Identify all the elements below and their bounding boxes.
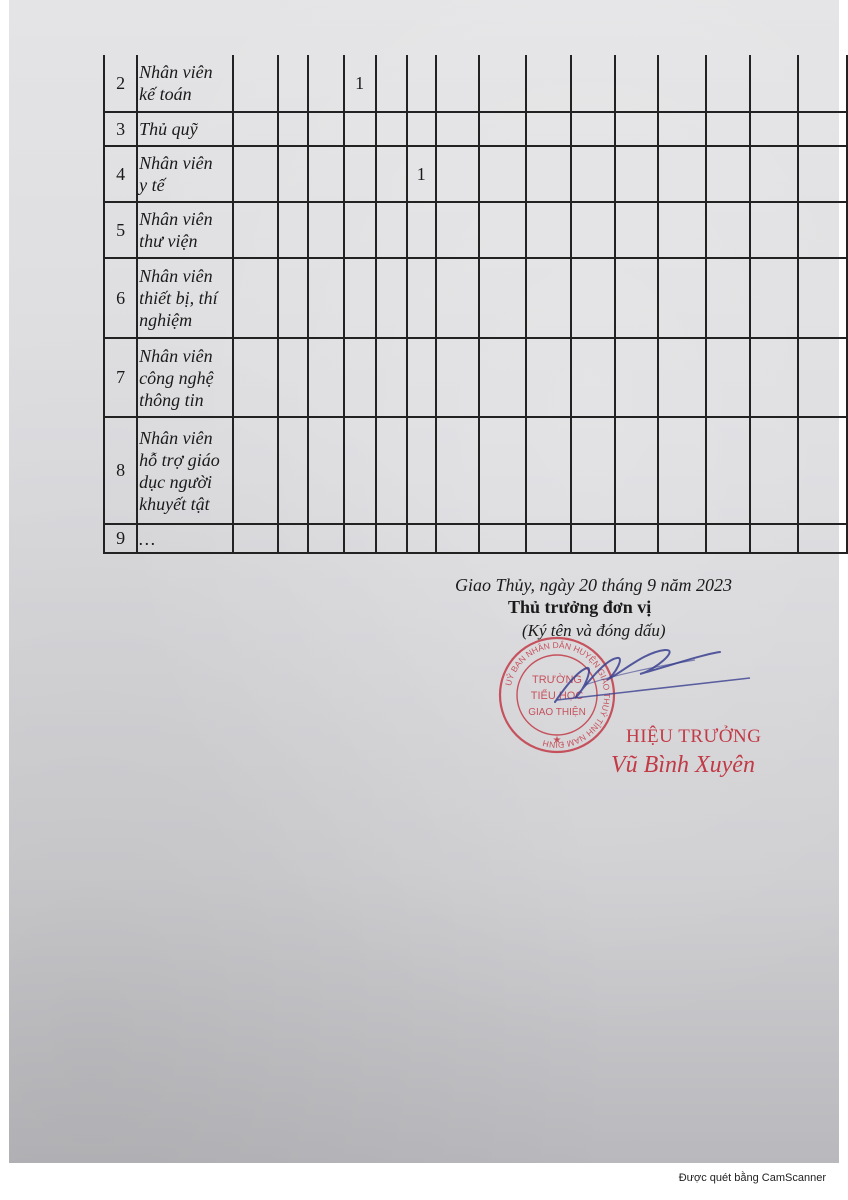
- count-cell: [571, 146, 615, 202]
- count-cell: [407, 202, 436, 258]
- count-cell: [233, 338, 278, 417]
- count-cell: [615, 524, 657, 553]
- signer-position: HIỆU TRƯỞNG: [626, 726, 761, 748]
- count-cell: [479, 524, 525, 553]
- count-cell: [706, 417, 750, 524]
- count-cell: [571, 417, 615, 524]
- count-cell: [479, 417, 525, 524]
- signer-name: Vũ Bình Xuyên: [611, 752, 755, 779]
- count-cell: [278, 55, 308, 112]
- count-cell: [658, 417, 706, 524]
- count-cell: [479, 202, 525, 258]
- count-cell: [750, 524, 797, 553]
- count-cell: [376, 524, 407, 553]
- count-cell: [407, 524, 436, 553]
- count-cell: [376, 112, 407, 146]
- count-cell: [233, 524, 278, 553]
- count-cell: [526, 146, 571, 202]
- staff-role: Nhân viêncông nghệthông tin: [137, 338, 232, 417]
- count-cell: [658, 524, 706, 553]
- count-cell: [376, 417, 407, 524]
- row-number: 6: [104, 258, 137, 338]
- count-cell: [436, 524, 479, 553]
- count-cell: [750, 112, 797, 146]
- count-cell: [344, 258, 376, 338]
- staff-table: 2Nhân viênkế toán13Thủ quỹ4Nhân viêny tế…: [103, 55, 848, 554]
- table-row: 6Nhân viênthiết bị, thínghiệm: [104, 258, 847, 338]
- count-cell: [407, 258, 436, 338]
- count-cell: [407, 112, 436, 146]
- count-cell: [750, 55, 797, 112]
- count-cell: [436, 258, 479, 338]
- count-cell: [278, 146, 308, 202]
- count-cell: [308, 524, 344, 553]
- row-number: 7: [104, 338, 137, 417]
- count-cell: [344, 417, 376, 524]
- count-cell: [344, 202, 376, 258]
- count-cell: [308, 338, 344, 417]
- count-cell: [615, 146, 657, 202]
- count-cell: [571, 258, 615, 338]
- count-cell: [526, 55, 571, 112]
- row-number: 2: [104, 55, 137, 112]
- count-cell: [308, 258, 344, 338]
- count-cell: [798, 524, 847, 553]
- count-cell: [658, 338, 706, 417]
- count-cell: [615, 55, 657, 112]
- count-cell: [278, 338, 308, 417]
- count-cell: [706, 524, 750, 553]
- count-cell: [233, 146, 278, 202]
- count-cell: [479, 146, 525, 202]
- count-cell: [571, 202, 615, 258]
- count-cell: [615, 258, 657, 338]
- count-cell: [479, 112, 525, 146]
- count-cell: [526, 112, 571, 146]
- count-cell: [706, 146, 750, 202]
- count-cell: [750, 202, 797, 258]
- row-number: 9: [104, 524, 137, 553]
- count-cell: [706, 55, 750, 112]
- count-cell: [407, 338, 436, 417]
- count-cell: [407, 417, 436, 524]
- count-cell: [233, 112, 278, 146]
- count-cell: [798, 258, 847, 338]
- count-cell: [571, 338, 615, 417]
- place-date: Giao Thủy, ngày 20 tháng 9 năm 2023: [455, 575, 732, 596]
- count-cell: [436, 338, 479, 417]
- count-cell: [658, 112, 706, 146]
- count-cell: [526, 258, 571, 338]
- count-cell: [278, 258, 308, 338]
- count-cell: [344, 112, 376, 146]
- count-cell: [798, 146, 847, 202]
- count-cell: [479, 258, 525, 338]
- count-cell: [344, 146, 376, 202]
- count-cell: [658, 202, 706, 258]
- count-cell: [436, 55, 479, 112]
- count-cell: [376, 146, 407, 202]
- count-cell: 1: [344, 55, 376, 112]
- count-cell: [798, 417, 847, 524]
- count-cell: [308, 417, 344, 524]
- count-cell: [308, 202, 344, 258]
- count-cell: [658, 146, 706, 202]
- count-cell: [376, 55, 407, 112]
- count-cell: 1: [407, 146, 436, 202]
- count-cell: [308, 55, 344, 112]
- count-cell: [750, 258, 797, 338]
- count-cell: [706, 258, 750, 338]
- count-cell: [436, 417, 479, 524]
- count-cell: [436, 112, 479, 146]
- count-cell: [571, 524, 615, 553]
- count-cell: [658, 258, 706, 338]
- count-cell: [233, 202, 278, 258]
- count-cell: [308, 146, 344, 202]
- count-cell: [308, 112, 344, 146]
- count-cell: [278, 202, 308, 258]
- count-cell: [750, 146, 797, 202]
- table-row: 5Nhân viênthư viện: [104, 202, 847, 258]
- count-cell: [571, 112, 615, 146]
- count-cell: [706, 112, 750, 146]
- count-cell: [526, 202, 571, 258]
- table-row: 9…: [104, 524, 847, 553]
- count-cell: [798, 112, 847, 146]
- staff-role: Nhân viênthiết bị, thínghiệm: [137, 258, 232, 338]
- count-cell: [278, 112, 308, 146]
- count-cell: [436, 146, 479, 202]
- camscanner-watermark: Được quét bằng CamScanner: [679, 1172, 826, 1184]
- count-cell: [436, 202, 479, 258]
- count-cell: [278, 417, 308, 524]
- count-cell: [233, 417, 278, 524]
- staff-role: Nhân viênkế toán: [137, 55, 232, 112]
- staff-role: Nhân viênhỗ trợ giáodục ngườikhuyết tật: [137, 417, 232, 524]
- count-cell: [376, 338, 407, 417]
- count-cell: [526, 524, 571, 553]
- count-cell: [479, 55, 525, 112]
- count-cell: [706, 338, 750, 417]
- row-number: 5: [104, 202, 137, 258]
- signer-title: Thủ trưởng đơn vị: [508, 597, 651, 618]
- count-cell: [479, 338, 525, 417]
- staff-role: Nhân viênthư viện: [137, 202, 232, 258]
- count-cell: [615, 417, 657, 524]
- count-cell: [571, 55, 615, 112]
- table-row: 4Nhân viêny tế1: [104, 146, 847, 202]
- count-cell: [376, 202, 407, 258]
- count-cell: [376, 258, 407, 338]
- table-row: 2Nhân viênkế toán1: [104, 55, 847, 112]
- count-cell: [344, 524, 376, 553]
- row-number: 8: [104, 417, 137, 524]
- count-cell: [233, 258, 278, 338]
- svg-text:★: ★: [553, 735, 562, 746]
- count-cell: [344, 338, 376, 417]
- signature-icon: [545, 640, 765, 710]
- staff-role: …: [137, 524, 232, 553]
- staff-role: Thủ quỹ: [137, 112, 232, 146]
- row-number: 4: [104, 146, 137, 202]
- count-cell: [233, 55, 278, 112]
- count-cell: [615, 202, 657, 258]
- count-cell: [407, 55, 436, 112]
- count-cell: [615, 112, 657, 146]
- staff-role: Nhân viêny tế: [137, 146, 232, 202]
- count-cell: [526, 417, 571, 524]
- count-cell: [798, 202, 847, 258]
- count-cell: [278, 524, 308, 553]
- count-cell: [750, 417, 797, 524]
- count-cell: [615, 338, 657, 417]
- count-cell: [706, 202, 750, 258]
- table-row: 3Thủ quỹ: [104, 112, 847, 146]
- count-cell: [798, 338, 847, 417]
- row-number: 3: [104, 112, 137, 146]
- count-cell: [526, 338, 571, 417]
- count-cell: [750, 338, 797, 417]
- table-row: 7Nhân viêncông nghệthông tin: [104, 338, 847, 417]
- count-cell: [798, 55, 847, 112]
- count-cell: [658, 55, 706, 112]
- table-row: 8Nhân viênhỗ trợ giáodục ngườikhuyết tật: [104, 417, 847, 524]
